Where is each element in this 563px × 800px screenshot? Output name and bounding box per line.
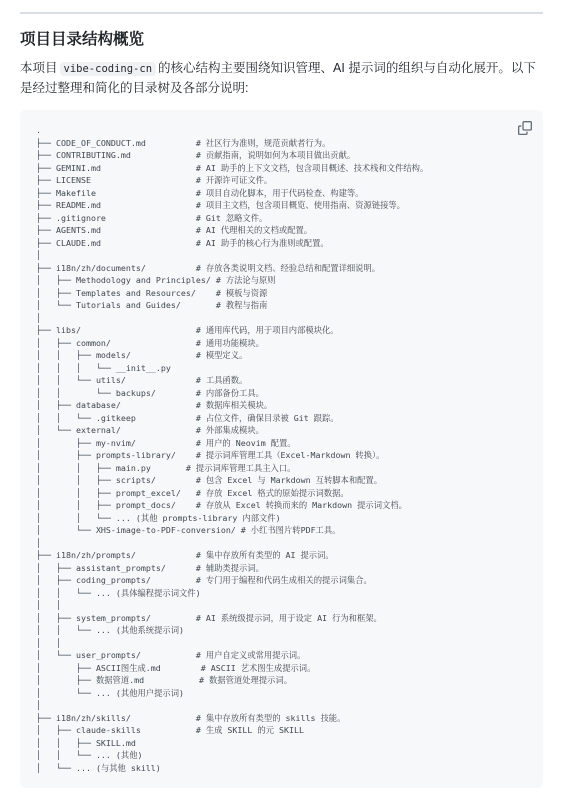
directory-tree-code-block: . ├── CODE_OF_CONDUCT.md # 社区行为准则，规范贡献者行… [20,110,543,788]
copy-icon [518,121,532,135]
directory-tree: . ├── CODE_OF_CONDUCT.md # 社区行为准则，规范贡献者行… [36,124,527,774]
section-divider [20,12,543,14]
intro-paragraph: 本项目vibe-coding-cn的核心结构主要围绕知识管理、AI 提示词的组织… [20,58,543,98]
intro-text-before: 本项目 [20,61,58,75]
markdown-document-page: 项目目录结构概览 本项目vibe-coding-cn的核心结构主要围绕知识管理、… [0,0,563,800]
page-title: 项目目录结构概览 [20,30,543,50]
copy-button[interactable] [513,116,537,140]
inline-code-project-name: vibe-coding-cn [60,62,157,76]
